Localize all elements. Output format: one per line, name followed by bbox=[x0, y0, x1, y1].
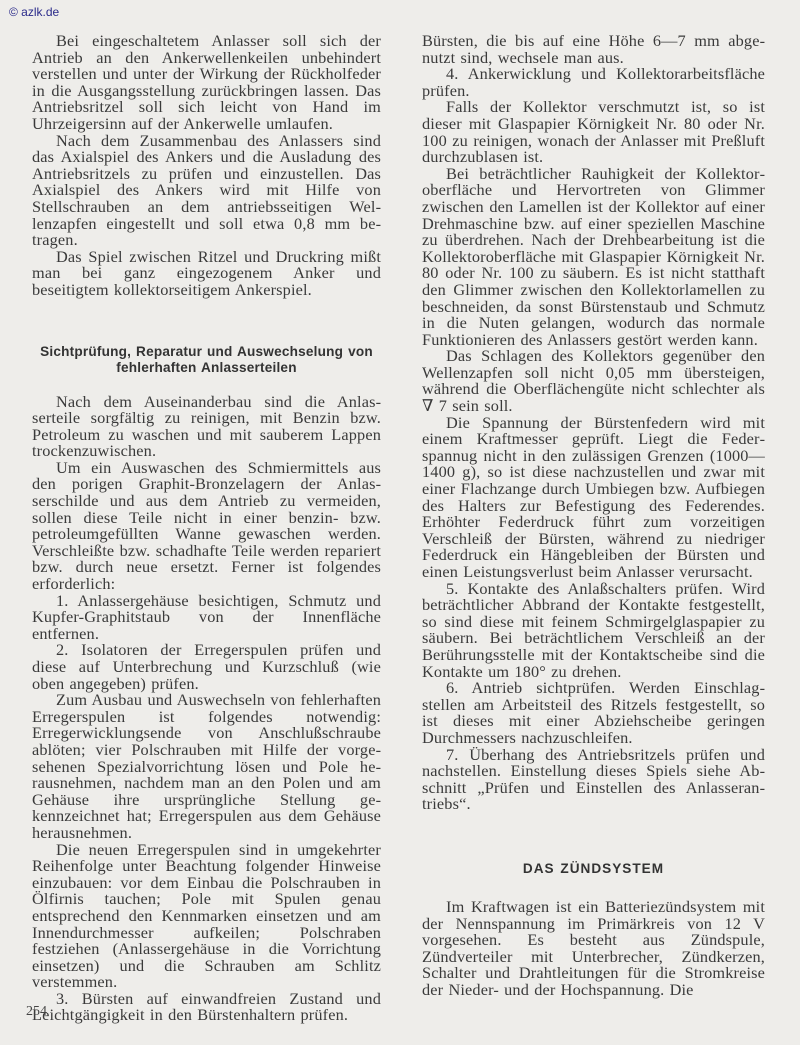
list-item: 7. Überhang des Antriebsritzels prüfen u… bbox=[422, 747, 765, 813]
list-item: 3. Bürsten auf einwandfreien Zustand und… bbox=[32, 991, 381, 1024]
paragraph: Zum Ausbau und Auswechseln von fehler­ha… bbox=[32, 692, 381, 841]
list-item: 6. Antrieb sichtprüfen. Werden Einschlag… bbox=[422, 680, 765, 746]
page-number: 254 bbox=[26, 1004, 47, 1020]
paragraph: Nach dem Zusammenbau des Anlassers sind … bbox=[32, 133, 381, 249]
paragraph: Die neuen Erregerspulen sind in umgekehr… bbox=[32, 842, 381, 991]
paragraph: Nach dem Auseinanderbau sind die Anlas­s… bbox=[32, 394, 381, 460]
watermark: © azlk.de bbox=[9, 5, 59, 19]
paragraph: Falls der Kollektor verschmutzt ist, so … bbox=[422, 99, 765, 165]
list-item: 5. Kontakte des Anlaßschalters prüfen. W… bbox=[422, 581, 765, 681]
list-item: 2. Isolatoren der Erregerspulen prüfen u… bbox=[32, 642, 381, 692]
paragraph: Bei beträchtlicher Rauhigkeit der Kollek… bbox=[422, 166, 765, 349]
list-item: 1. Anlassergehäuse besichtigen, Schmutz … bbox=[32, 593, 381, 643]
section-heading: Sichtprüfung, Reparatur und Auswechselun… bbox=[32, 344, 381, 376]
paragraph: Das Schlagen des Kollektors gegenüber de… bbox=[422, 348, 765, 414]
list-item: 4. Ankerwicklung und Kollektorarbeitsflä… bbox=[422, 66, 765, 99]
right-column: Bürsten, die bis auf eine Höhe 6—7 mm ab… bbox=[422, 33, 765, 998]
paragraph-continuation: Bürsten, die bis auf eine Höhe 6—7 mm ab… bbox=[422, 33, 765, 66]
paragraph: Die Spannung der Bürstenfedern wird mit … bbox=[422, 415, 765, 581]
paragraph: Das Spiel zwischen Ritzel und Druckring … bbox=[32, 249, 381, 299]
section-heading: DAS ZÜNDSYSTEM bbox=[422, 861, 765, 877]
paragraph: Um ein Auswaschen des Schmiermittels aus… bbox=[32, 460, 381, 593]
left-column: Bei eingeschaltetem Anlasser soll sich d… bbox=[32, 33, 381, 1024]
paragraph: Im Kraftwagen ist ein Batteriezündsystem… bbox=[422, 899, 765, 999]
paragraph: Bei eingeschaltetem Anlasser soll sich d… bbox=[32, 33, 381, 133]
